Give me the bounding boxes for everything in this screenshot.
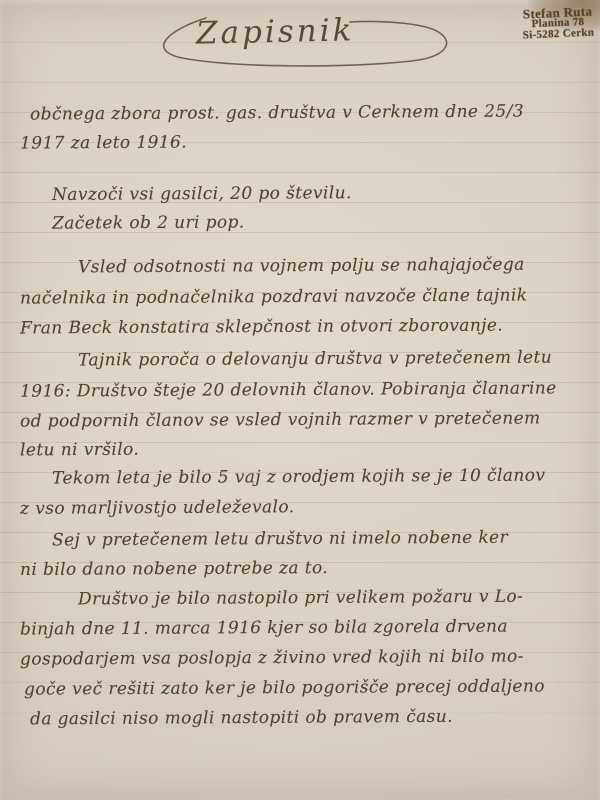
manuscript-line: Fran Beck konstatira sklepčnost in otvor… (20, 316, 503, 339)
manuscript-line: Vsled odsotnosti na vojnem polju se naha… (78, 255, 525, 278)
manuscript-line: letu ni vršilo. (20, 440, 139, 461)
manuscript-line: z vso marljivostjo udeleževalo. (20, 497, 295, 519)
owner-stamp: Stefan Ruta Planina 78 Si-5282 Cerkn (497, 4, 600, 42)
manuscript-line: občnega zbora prost. gas. društva v Cerk… (30, 101, 524, 124)
manuscript-page: Stefan Ruta Planina 78 Si-5282 Cerkn Zap… (0, 0, 600, 800)
title-block: Zapisnik (148, 8, 448, 72)
manuscript-line: Tajnik poroča o delovanju društva v pret… (78, 348, 552, 371)
manuscript-line: od podpornih članov se vsled vojnih razm… (20, 408, 541, 431)
manuscript-line: načelnika in podnačelnika pozdravi navzo… (20, 285, 528, 308)
manuscript-line: Navzoči vsi gasilci, 20 po številu. (52, 183, 352, 205)
manuscript-line: 1917 za leto 1916. (20, 132, 187, 153)
manuscript-line: Začetek ob 2 uri pop. (52, 212, 245, 233)
manuscript-line: goče več rešiti zato ker je bilo pogoriš… (24, 676, 545, 699)
manuscript-line: binjah dne 11. marca 1916 kjer so bila z… (20, 617, 508, 640)
manuscript-line: gospodarjem vsa poslopja z živino vred k… (20, 646, 524, 669)
manuscript-line: Tekom leta je bilo 5 vaj z orodjem kojih… (52, 465, 545, 488)
manuscript-line: Sej v pretečenem letu društvo ni imelo n… (52, 528, 508, 551)
manuscript-line: da gasilci niso mogli nastopiti ob prave… (30, 707, 453, 730)
manuscript-line: 1916: Društvo šteje 20 delovnih članov. … (20, 378, 557, 401)
document-title: Zapisnik (196, 12, 355, 51)
manuscript-line: Društvo je bilo nastopilo pri velikem po… (78, 587, 523, 610)
manuscript-line: ni bilo dano nobene potrebe za to. (20, 558, 328, 580)
